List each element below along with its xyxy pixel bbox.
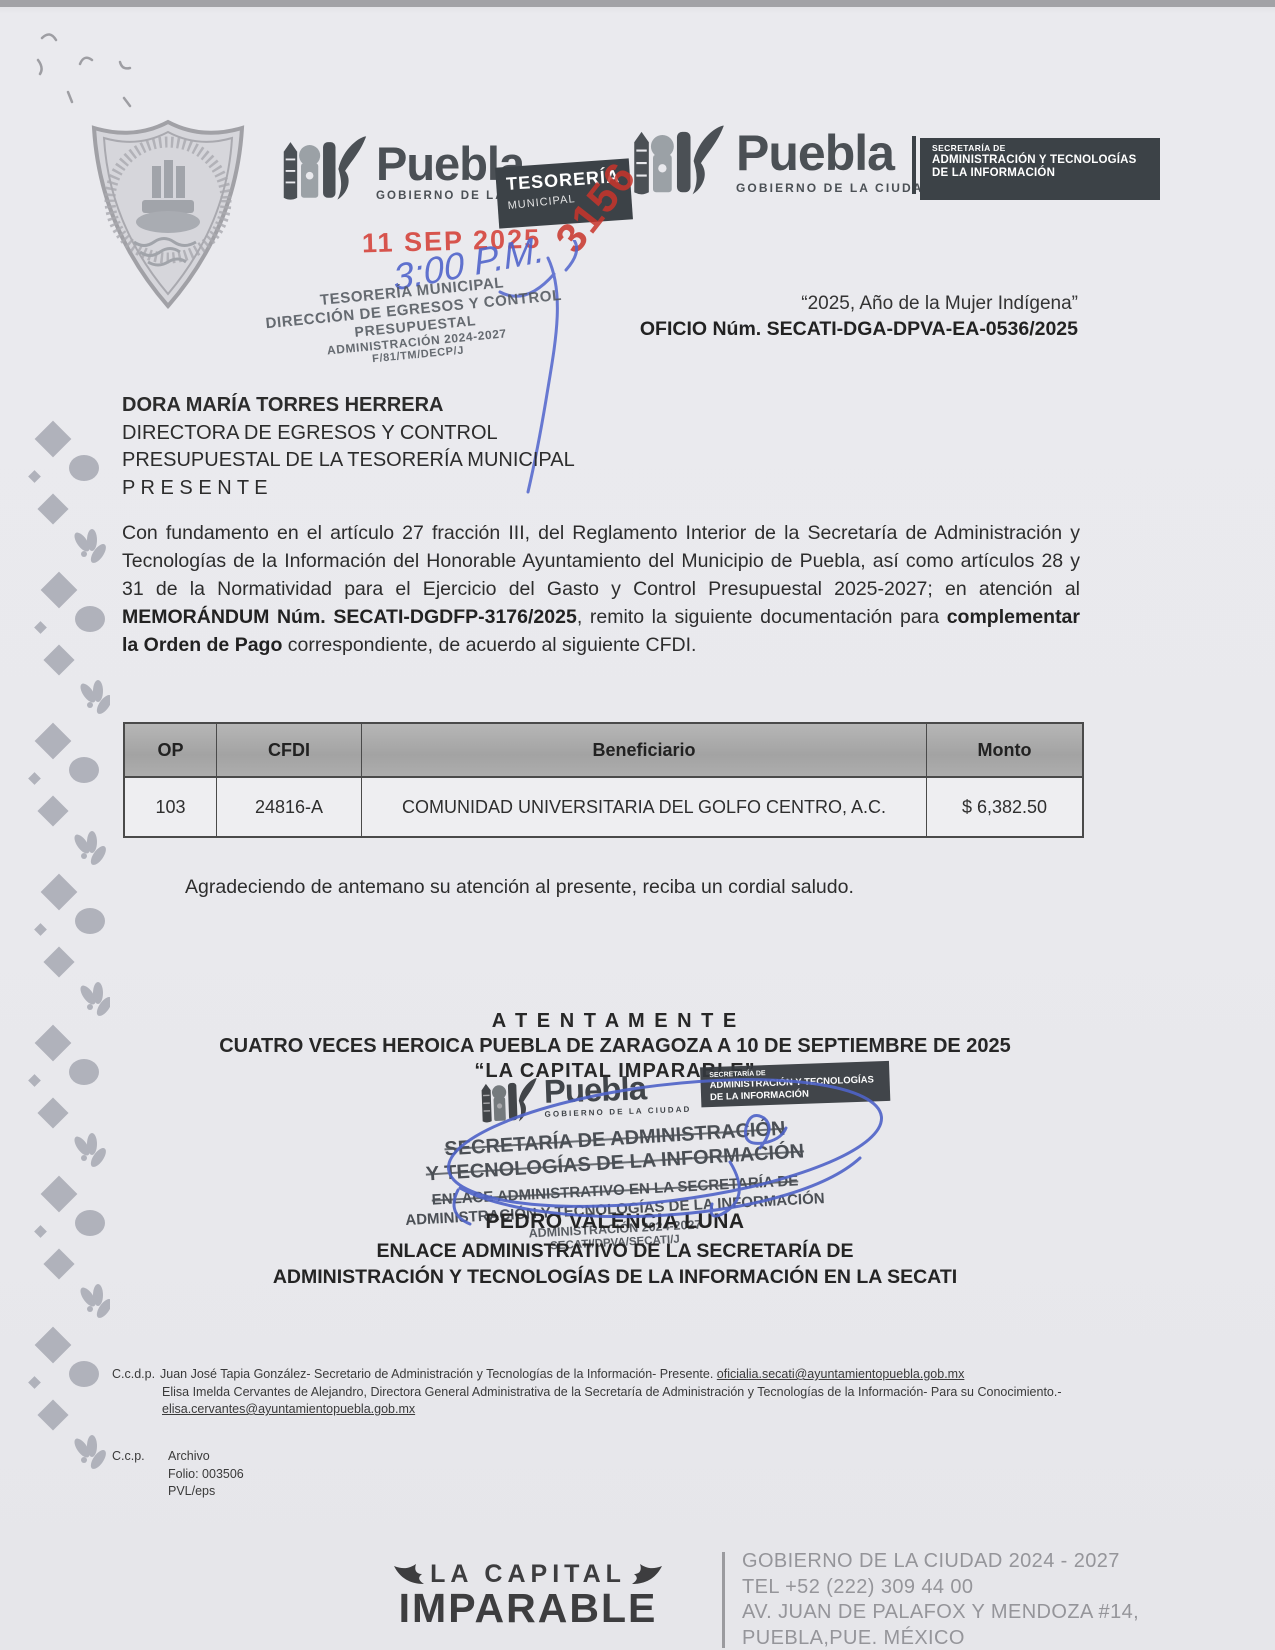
- secati-box: SECRETARÍA DE ADMINISTRACIÓN Y TECNOLOGÍ…: [920, 138, 1160, 200]
- footer-address: GOBIERNO DE LA CIUDAD 2024 - 2027 TEL +5…: [742, 1549, 1139, 1650]
- col-beneficiario: Beneficiario: [362, 724, 927, 776]
- footer-logo-line2: IMPARABLE: [383, 1585, 673, 1632]
- cell-monto: $ 6,382.50: [927, 778, 1082, 836]
- gobierno-tagline: GOBIERNO DE LA CIUDAD: [736, 181, 934, 195]
- ccdp-email-1[interactable]: oficialia.secati@ayuntamientopuebla.gob.…: [717, 1367, 965, 1381]
- footer-address-4: PUEBLA,PUE. MÉXICO: [742, 1626, 1139, 1650]
- atentamente: A T E N T A M E N T E: [140, 1010, 1090, 1033]
- left-wing-icon: [392, 1562, 426, 1588]
- cell-op: 103: [125, 778, 217, 836]
- ccp-line2: Folio: 003506: [168, 1466, 244, 1484]
- footer-address-1: GOBIERNO DE LA CIUDAD 2024 - 2027: [742, 1549, 1139, 1575]
- body-text: Con fundamento en el artículo 27 fracció…: [122, 522, 1080, 600]
- ccdp-line2: Elisa Imelda Cervantes de Alejandro, Dir…: [112, 1384, 1172, 1402]
- addressee-name: DORA MARÍA TORRES HERRERA: [122, 392, 575, 420]
- ccdp-block: C.c.d.p.Juan José Tapia González- Secret…: [112, 1366, 1172, 1419]
- scan-edge: [0, 0, 1275, 7]
- memorandum-number: MEMORÁNDUM Núm. SECATI-DGDFP-3176/2025: [122, 606, 577, 628]
- body-text: , remito la siguiente documentación para: [577, 606, 947, 628]
- cell-beneficiario: COMUNIDAD UNIVERSITARIA DEL GOLFO CENTRO…: [362, 778, 927, 836]
- body-paragraph: Con fundamento en el artículo 27 fracció…: [122, 519, 1080, 659]
- ccp-block: C.c.p. Archivo Folio: 003506 PVL/eps: [112, 1448, 244, 1501]
- municipal-crest-icon: [82, 108, 254, 318]
- puebla-skyline-icon: [278, 128, 370, 210]
- addressee-title-1: DIRECTORA DE EGRESOS Y CONTROL: [122, 420, 575, 448]
- body-text: correspondiente, de acuerdo al siguiente…: [282, 634, 696, 656]
- ccp-line3: PVL/eps: [168, 1483, 244, 1501]
- oficio-number: OFICIO Núm. SECATI-DGA-DPVA-EA-0536/2025: [500, 318, 1078, 341]
- ccdp-line1: Juan José Tapia González- Secretario de …: [160, 1367, 717, 1381]
- footer-address-3: AV. JUAN DE PALAFOX Y MENDOZA #14,: [742, 1600, 1139, 1626]
- scanned-oficio-page: Puebla GOBIERNO DE LA CIUDAD TESORERÍA M…: [0, 0, 1275, 1650]
- addressee-block: DORA MARÍA TORRES HERRERA DIRECTORA DE E…: [122, 392, 575, 502]
- ccdp-label: C.c.d.p.: [112, 1366, 160, 1384]
- ccp-line1: Archivo: [168, 1448, 244, 1466]
- cfdi-table: OP CFDI Beneficiario Monto 103 24816-A C…: [123, 722, 1084, 838]
- year-legend: “2025, Año de la Mujer Indígena”: [640, 293, 1078, 315]
- table-row: 103 24816-A COMUNIDAD UNIVERSITARIA DEL …: [125, 778, 1082, 836]
- addressee-present: P R E S E N T E: [122, 475, 575, 503]
- table-header-row: OP CFDI Beneficiario Monto: [125, 724, 1082, 778]
- cell-cfdi: 24816-A: [217, 778, 362, 836]
- closing-line: Agradeciendo de antemano su atención al …: [185, 876, 854, 899]
- puebla-wordmark: Puebla: [736, 128, 934, 178]
- footer-divider: [722, 1552, 725, 1648]
- col-op: OP: [125, 724, 217, 776]
- side-pattern: [14, 420, 110, 1478]
- right-wing-icon: [630, 1562, 664, 1588]
- handwritten-signature: [430, 1050, 910, 1290]
- addressee-title-2: PRESUPUESTAL DE LA TESORERÍA MUNICIPAL: [122, 447, 575, 475]
- col-monto: Monto: [927, 724, 1082, 776]
- ccdp-email-2[interactable]: elisa.cervantes@ayuntamientopuebla.gob.m…: [162, 1402, 415, 1416]
- puebla-secati-logo: Puebla GOBIERNO DE LA CIUDAD: [628, 118, 934, 204]
- col-cfdi: CFDI: [217, 724, 362, 776]
- capital-imparable-logo: LA CAPITAL IMPARABLE: [383, 1560, 673, 1632]
- footer-address-2: TEL +52 (222) 309 44 00: [742, 1575, 1139, 1601]
- ccp-label: C.c.p.: [112, 1448, 168, 1501]
- logo-divider: [912, 136, 916, 194]
